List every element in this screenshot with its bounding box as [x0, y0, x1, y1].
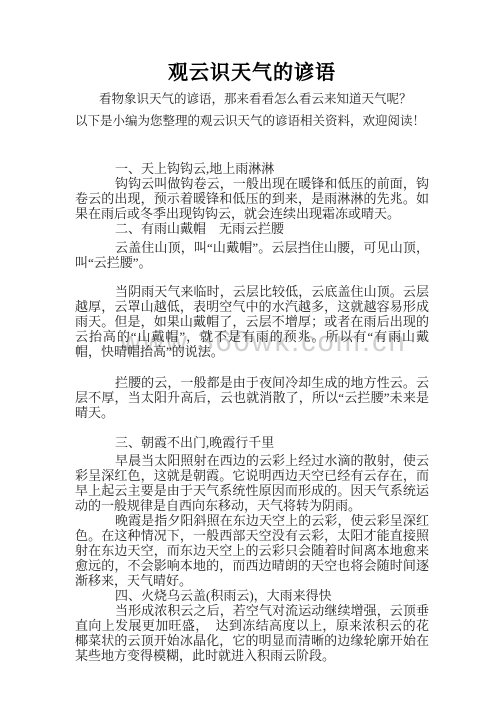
document-title: 观云识天气的谚语 [75, 56, 429, 85]
section-3-paragraph-1: 早晨当太阳照射在西边的云彩上经过水滴的散射，使云彩呈深红色，这就是朝霞。它说明西… [75, 453, 429, 513]
intro-line-1: 看物象识天气的谚语，那来看看怎么看云来知道天气呢？ [75, 92, 429, 107]
section-2-paragraph-3: 拦腰的云，一般都是由于夜间冷却生成的地方性云。云层不厚，当太阳升高后，云也就消散… [75, 375, 429, 420]
section-heading-3: 三、朝霞不出门,晚霞行千里 [75, 435, 429, 450]
section-2-paragraph-2: 当阴雨天气来临时，云层比较低，云底盖住山顶。云层越厚，云罩山越低，表明空气中的水… [75, 284, 429, 359]
section-heading-4: 四、火烧乌云盖(积雨云)，大雨来得快 [75, 588, 429, 603]
section-heading-2: 二、有雨山戴帽 无雨云拦腰 [75, 221, 429, 236]
document-content: 观云识天气的谚语 看物象识天气的谚语，那来看看怎么看云来知道天气呢？ 以下是小编… [0, 56, 500, 663]
section-3-paragraph-2: 晚霞是指夕阳斜照在东边天空上的云彩，使云彩呈深红色。在这种情况下，一般西部天空没… [75, 513, 429, 588]
section-2-paragraph-1: 云盖住山顶，叫“山戴帽”。云层挡住山腰，可见山顶，叫“云拦腰”。 [75, 240, 429, 270]
section-1-paragraph-1: 钩钩云叫做钩卷云，一般出现在暖锋和低压的前面，钩卷云的出现，预示着暖锋和低压的到… [75, 176, 429, 221]
document-page: www.360wk.com.cn 观云识天气的谚语 看物象识天气的谚语，那来看看… [0, 0, 500, 708]
section-4-paragraph-1: 当形成浓积云之后，若空气对流运动继续增强，云顶垂直向上发展更加旺盛， 达到冻结高… [75, 603, 429, 663]
section-heading-1: 一、天上钩钩云,地上雨淋淋 [75, 161, 429, 176]
intro-line-2: 以下是小编为您整理的观云识天气的谚语相关资料，欢迎阅读！ [75, 114, 429, 129]
